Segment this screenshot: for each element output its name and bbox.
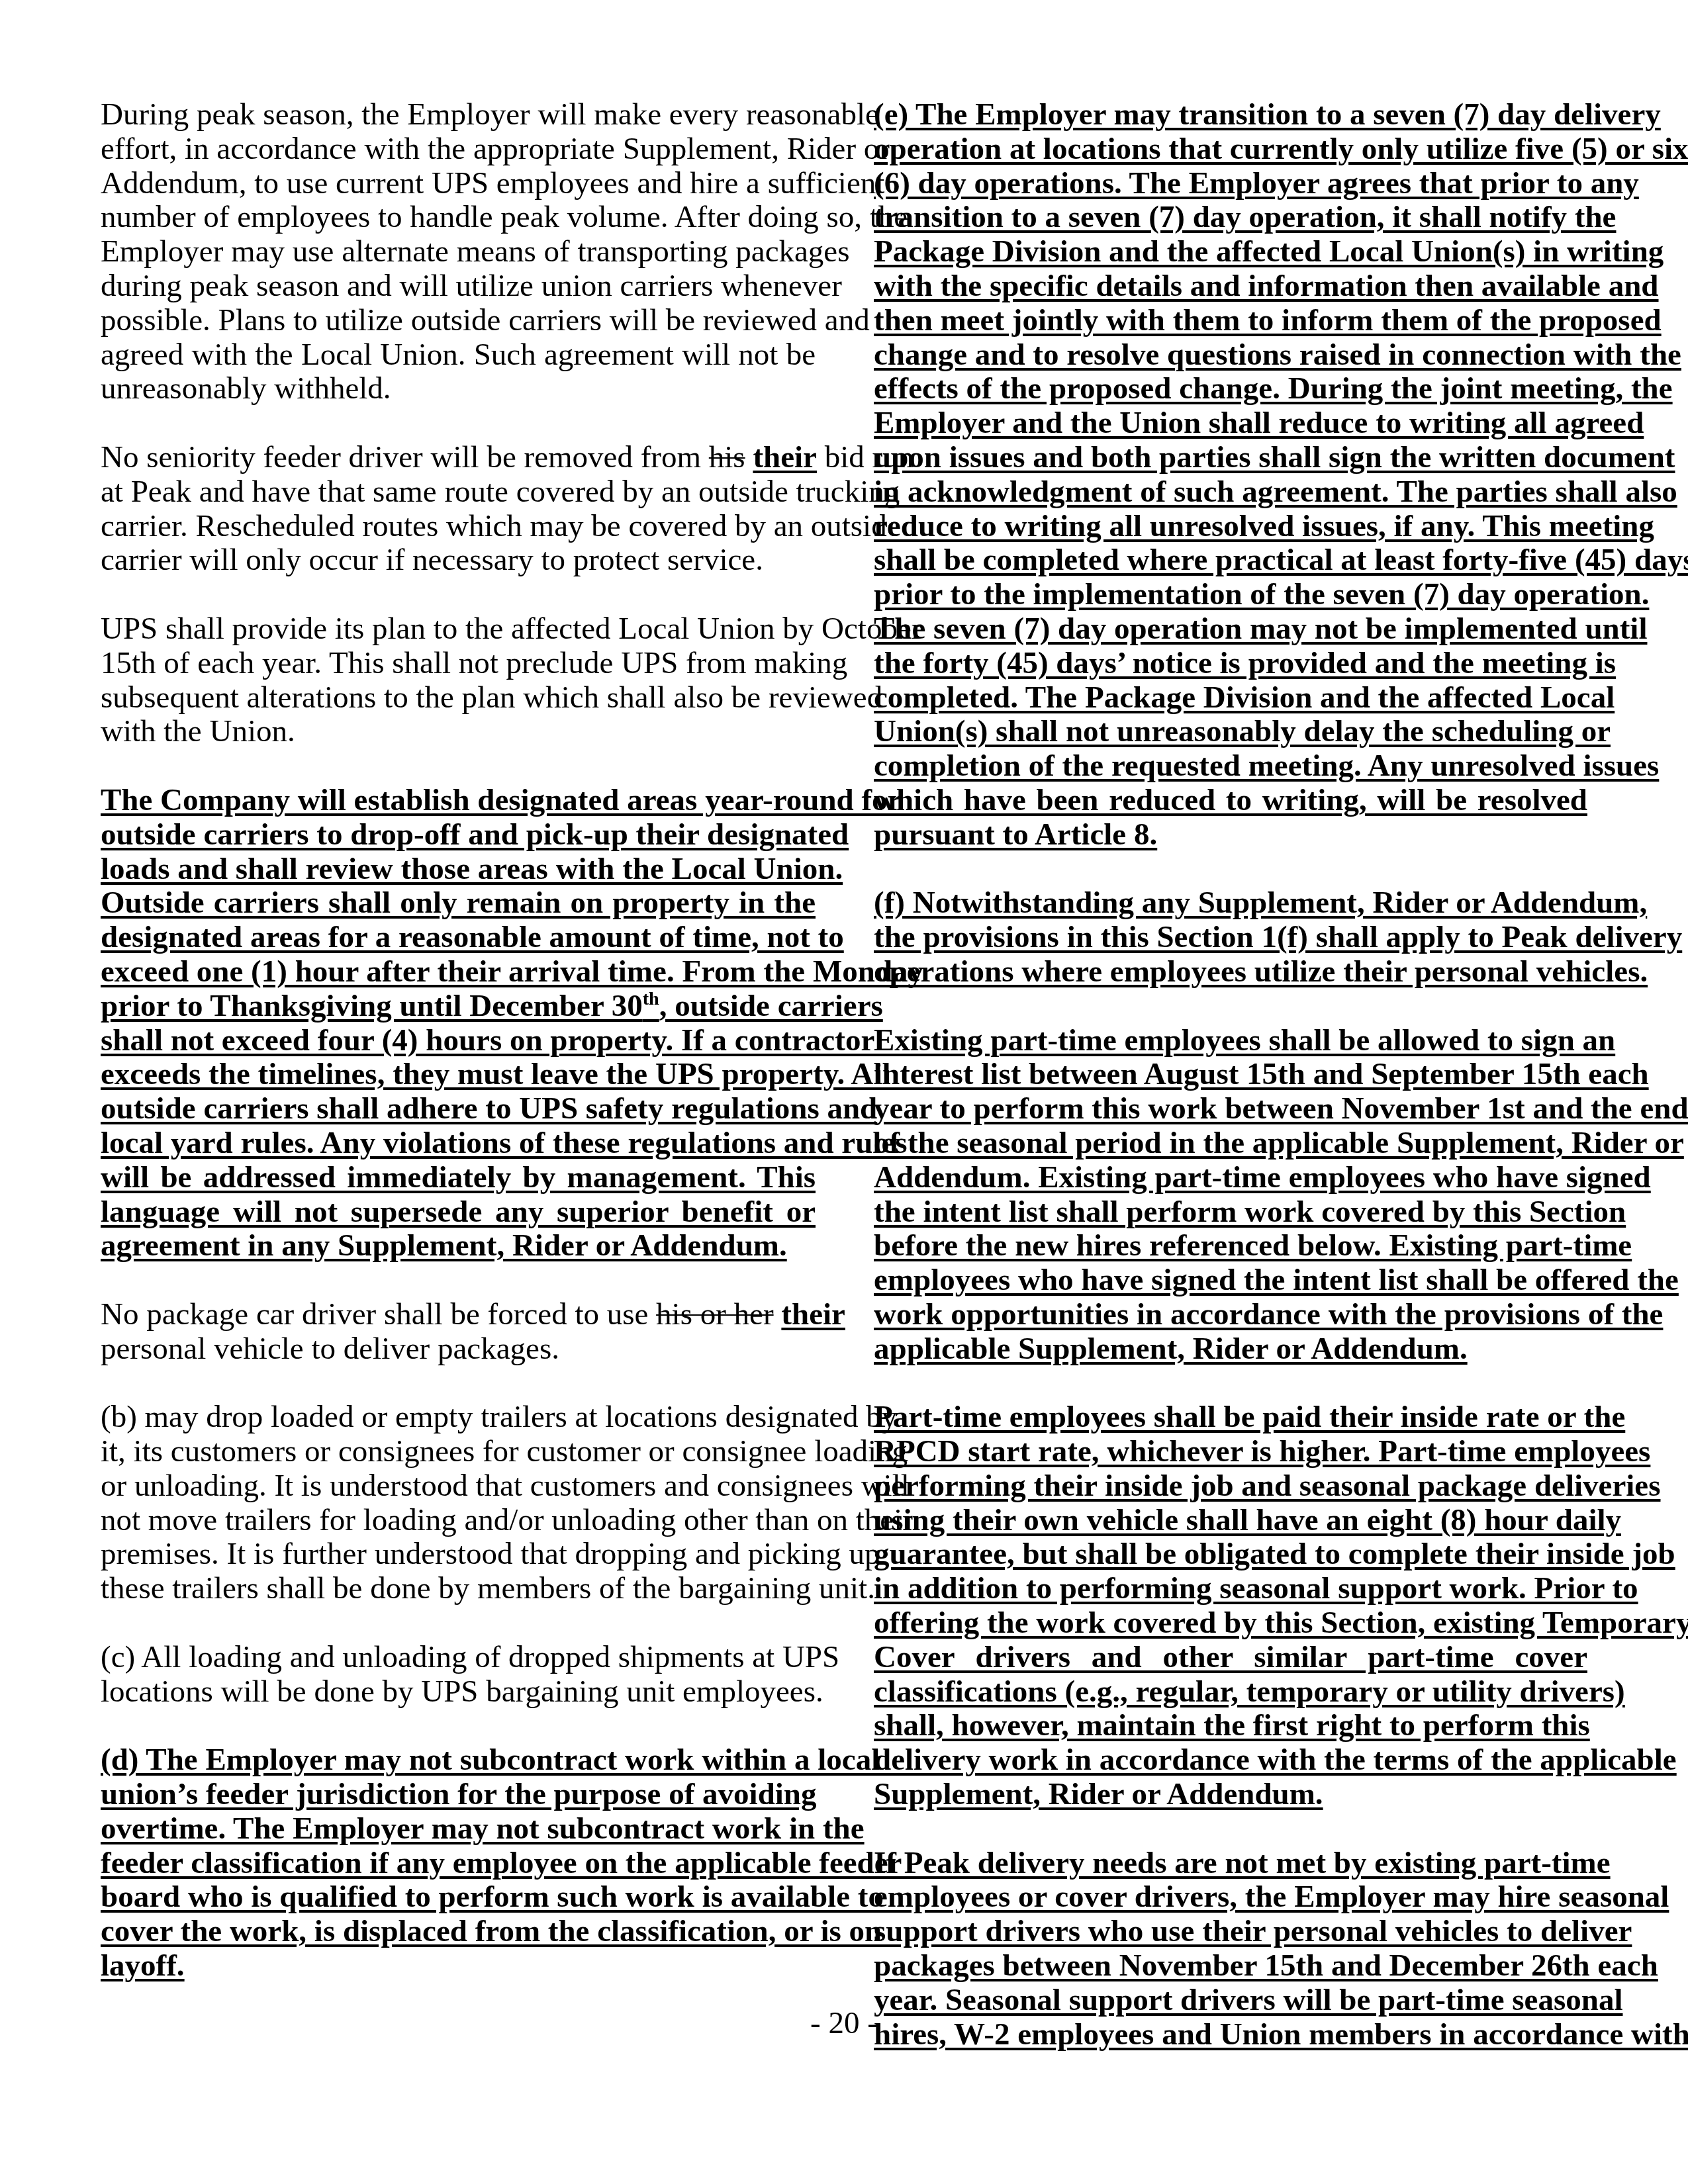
text-line: shall be completed where practical at le…	[874, 543, 1587, 578]
text-run: performing their inside job and seasonal…	[874, 1469, 1661, 1503]
text-line: Existing part-time employees shall be al…	[874, 1024, 1587, 1058]
text-run: No seniority feeder driver will be remov…	[101, 440, 709, 475]
text-line: not move trailers for loading and/or unl…	[101, 1504, 816, 1538]
text-line: shall, however, maintain the first right…	[874, 1709, 1587, 1743]
text-line: change and to resolve questions raised i…	[874, 338, 1587, 373]
text-line: agreement in any Supplement, Rider or Ad…	[101, 1229, 816, 1263]
text-run: Part-time employees shall be paid their …	[874, 1400, 1625, 1434]
text-run: then meet jointly with them to inform th…	[874, 303, 1662, 338]
text-run: not move trailers for loading and/or unl…	[101, 1503, 913, 1537]
text-run: transition to a seven (7) day operation,…	[874, 200, 1616, 234]
section-c-paragraph: (c) All loading and unloading of dropped…	[101, 1641, 816, 1709]
deleted-text: his	[709, 440, 745, 475]
part-time-pay-paragraph: Part-time employees shall be paid their …	[874, 1400, 1587, 1812]
text-line: layoff.	[101, 1949, 816, 1983]
text-line: offering the work covered by this Sectio…	[874, 1606, 1587, 1641]
text-line: using their own vehicle shall have an ei…	[874, 1504, 1587, 1538]
text-line: premises. It is further understood that …	[101, 1537, 816, 1572]
text-run: number of employees to handle peak volum…	[101, 200, 908, 234]
text-run: using their own vehicle shall have an ei…	[874, 1503, 1621, 1537]
text-run: language will not supersede any superior…	[101, 1195, 816, 1229]
text-line: exceeds the timelines, they must leave t…	[101, 1058, 816, 1092]
text-line: during peak season and will utilize unio…	[101, 269, 816, 304]
text-run: agreement in any Supplement, Rider or Ad…	[101, 1228, 787, 1263]
text-run	[774, 1297, 782, 1332]
text-run: Addendum, to use current UPS employees a…	[101, 166, 884, 201]
text-line: pursuant to Article 8.	[874, 818, 1587, 852]
text-run: union’s feeder jurisdiction for the purp…	[101, 1777, 817, 1811]
text-line: carrier will only occur if necessary to …	[101, 543, 816, 578]
section-e-paragraph: (e) The Employer may transition to a sev…	[874, 98, 1587, 852]
text-run: unreasonably withheld.	[101, 371, 391, 406]
text-line: Outside carriers shall only remain on pr…	[101, 886, 816, 921]
text-run: interest list between August 15th and Se…	[874, 1057, 1649, 1091]
text-run: carrier. Rescheduled routes which may be…	[101, 509, 901, 543]
text-line: Union(s) shall not unreasonably delay th…	[874, 715, 1587, 749]
text-run: employees or cover drivers, the Employer…	[874, 1880, 1669, 1914]
text-run: with the specific details and informatio…	[874, 269, 1659, 303]
text-line: feeder classification if any employee on…	[101, 1846, 816, 1881]
text-line: applicable Supplement, Rider or Addendum…	[874, 1332, 1587, 1367]
text-line: employees who have signed the intent lis…	[874, 1263, 1587, 1298]
text-run: carrier will only occur if necessary to …	[101, 543, 763, 577]
text-run: (c) All loading and unloading of dropped…	[101, 1640, 839, 1674]
text-line: the forty (45) days’ notice is provided …	[874, 647, 1587, 681]
text-run: it, its customers or consignees for cust…	[101, 1434, 908, 1469]
text-line: support drivers who use their personal v…	[874, 1915, 1587, 1949]
designated-areas-paragraph: The Company will establish designated ar…	[101, 784, 816, 1263]
deleted-text: his or her	[656, 1297, 774, 1332]
text-run: layoff.	[101, 1948, 185, 1983]
existing-part-time-paragraph: Existing part-time employees shall be al…	[874, 1024, 1587, 1367]
text-run: pursuant to Article 8.	[874, 817, 1157, 852]
text-run: The seven (7) day operation may not be i…	[874, 612, 1647, 646]
text-run: operation at locations that currently on…	[874, 132, 1688, 166]
ups-plan-paragraph: UPS shall provide its plan to the affect…	[101, 612, 816, 749]
text-run: shall, however, maintain the first right…	[874, 1708, 1590, 1743]
text-run: which have been reduced to writing, will…	[874, 783, 1587, 817]
text-run: possible. Plans to utilize outside carri…	[101, 303, 870, 338]
text-run: shall not exceed four (4) hours on prope…	[101, 1023, 874, 1058]
text-run: prior to the implementation of the seven…	[874, 577, 1649, 612]
text-run: effects of the proposed change. During t…	[874, 371, 1673, 406]
text-line: then meet jointly with them to inform th…	[874, 304, 1587, 338]
inserted-text: their	[781, 1297, 845, 1332]
text-run: Existing part-time employees shall be al…	[874, 1023, 1615, 1058]
text-run: guarantee, but shall be obligated to com…	[874, 1537, 1675, 1571]
package-car-driver-paragraph: No package car driver shall be forced to…	[101, 1298, 816, 1367]
text-run: change and to resolve questions raised i…	[874, 338, 1681, 372]
text-run: the provisions in this Section 1(f) shal…	[874, 920, 1682, 954]
text-line: the intent list shall perform work cover…	[874, 1195, 1587, 1230]
text-line: these trailers shall be done by members …	[101, 1572, 816, 1606]
text-run: operations where employees utilize their…	[874, 954, 1648, 989]
text-line: or unloading. It is understood that cust…	[101, 1469, 816, 1504]
text-line: of the seasonal period in the applicable…	[874, 1126, 1587, 1161]
text-run: Employer may use alternate means of tran…	[101, 234, 850, 269]
text-line: completion of the requested meeting. Any…	[874, 749, 1587, 784]
text-line: classifications (e.g., regular, temporar…	[874, 1675, 1587, 1709]
text-run: in addition to performing seasonal suppo…	[874, 1571, 1638, 1606]
text-line: designated areas for a reasonable amount…	[101, 921, 816, 955]
text-run: during peak season and will utilize unio…	[101, 269, 842, 303]
text-line: Employer may use alternate means of tran…	[101, 235, 816, 269]
text-line: with the specific details and informatio…	[874, 269, 1587, 304]
text-run: completed. The Package Division and the …	[874, 680, 1615, 715]
text-run: During peak season, the Employer will ma…	[101, 97, 879, 132]
text-line: (d) The Employer may not subcontract wor…	[101, 1743, 816, 1778]
text-line: (b) may drop loaded or empty trailers at…	[101, 1400, 816, 1435]
text-line: loads and shall review those areas with …	[101, 852, 816, 887]
text-line: overtime. The Employer may not subcontra…	[101, 1812, 816, 1846]
text-run: Cover drivers and other similar part-tim…	[874, 1640, 1587, 1674]
text-line: possible. Plans to utilize outside carri…	[101, 304, 816, 338]
peak-season-paragraph: During peak season, the Employer will ma…	[101, 98, 816, 406]
text-run: exceeds the timelines, they must leave t…	[101, 1057, 891, 1091]
text-run: (d) The Employer may not subcontract wor…	[101, 1743, 880, 1777]
text-run: offering the work covered by this Sectio…	[874, 1606, 1688, 1640]
text-line: reduce to writing all unresolved issues,…	[874, 510, 1587, 544]
text-line: language will not supersede any superior…	[101, 1195, 816, 1230]
seniority-feeder-paragraph: No seniority feeder driver will be remov…	[101, 441, 816, 578]
text-line: in addition to performing seasonal suppo…	[874, 1572, 1587, 1606]
right-column: (e) The Employer may transition to a sev…	[874, 98, 1587, 2086]
text-line: operations where employees utilize their…	[874, 955, 1587, 989]
left-column: During peak season, the Employer will ma…	[101, 98, 816, 2018]
text-line: interest list between August 15th and Se…	[874, 1058, 1587, 1092]
text-run: or unloading. It is understood that cust…	[101, 1469, 910, 1503]
text-line: unreasonably withheld.	[101, 372, 816, 406]
text-line: exceed one (1) hour after their arrival …	[101, 955, 816, 989]
text-run: the forty (45) days’ notice is provided …	[874, 646, 1616, 680]
inserted-text: their	[753, 440, 817, 475]
text-run: Outside carriers shall only remain on pr…	[101, 886, 816, 920]
text-line: outside carriers shall adhere to UPS saf…	[101, 1092, 816, 1126]
text-run: (6) day operations. The Employer agrees …	[874, 166, 1639, 201]
text-run: reduce to writing all unresolved issues,…	[874, 509, 1654, 543]
text-run: exceed one (1) hour after their arrival …	[101, 954, 923, 989]
text-run: RPCD start rate, whichever is higher. Pa…	[874, 1434, 1650, 1469]
text-line: The Company will establish designated ar…	[101, 784, 816, 818]
text-run: Package Division and the affected Local …	[874, 234, 1664, 269]
text-run: with the Union.	[101, 714, 295, 749]
text-line: (c) All loading and unloading of dropped…	[101, 1641, 816, 1675]
text-line: (6) day operations. The Employer agrees …	[874, 167, 1587, 201]
document-page: During peak season, the Employer will ma…	[0, 0, 1688, 2184]
text-line: personal vehicle to deliver packages.	[101, 1332, 816, 1367]
text-run: UPS shall provide its plan to the affect…	[101, 612, 921, 646]
text-line: upon issues and both parties shall sign …	[874, 441, 1587, 475]
text-line: subsequent alterations to the plan which…	[101, 681, 816, 715]
text-line: 15th of each year. This shall not preclu…	[101, 647, 816, 681]
text-run: (e) The Employer may transition to a sev…	[874, 97, 1661, 132]
text-line: Addendum, to use current UPS employees a…	[101, 167, 816, 201]
text-run: these trailers shall be done by members …	[101, 1571, 875, 1606]
superscript: th	[643, 989, 659, 1009]
text-run: delivery work in accordance with the ter…	[874, 1743, 1677, 1777]
text-run: , outside carriers	[659, 989, 883, 1023]
text-run: classifications (e.g., regular, temporar…	[874, 1674, 1625, 1709]
text-line: before the new hires referenced below. E…	[874, 1229, 1587, 1263]
text-run: year to perform this work between Novemb…	[874, 1091, 1688, 1126]
text-line: (f) Notwithstanding any Supplement, Ride…	[874, 886, 1587, 921]
section-d-paragraph: (d) The Employer may not subcontract wor…	[101, 1743, 816, 1983]
text-line: transition to a seven (7) day operation,…	[874, 201, 1587, 235]
text-line: at Peak and have that same route covered…	[101, 475, 816, 510]
section-b-paragraph: (b) may drop loaded or empty trailers at…	[101, 1400, 816, 1606]
text-line: local yard rules. Any violations of thes…	[101, 1126, 816, 1161]
text-line: shall not exceed four (4) hours on prope…	[101, 1024, 816, 1058]
text-run: No package car driver shall be forced to…	[101, 1297, 656, 1332]
text-line: prior to the implementation of the seven…	[874, 578, 1587, 612]
text-run: prior to Thanksgiving until December 30	[101, 989, 643, 1023]
text-line: will be addressed immediately by managem…	[101, 1161, 816, 1195]
text-line: carrier. Rescheduled routes which may be…	[101, 510, 816, 544]
text-line: operation at locations that currently on…	[874, 132, 1587, 167]
text-run: designated areas for a reasonable amount…	[101, 920, 844, 954]
text-run: outside carriers to drop-off and pick-up…	[101, 817, 849, 852]
text-run: the intent list shall perform work cover…	[874, 1195, 1626, 1229]
text-line: locations will be done by UPS bargaining…	[101, 1675, 816, 1709]
text-run: Supplement, Rider or Addendum.	[874, 1777, 1323, 1811]
text-line: which have been reduced to writing, will…	[874, 784, 1587, 818]
text-run: effort, in accordance with the appropria…	[101, 132, 890, 166]
text-run: Union(s) shall not unreasonably delay th…	[874, 714, 1611, 749]
text-line: number of employees to handle peak volum…	[101, 201, 816, 235]
text-line: packages between November 15th and Decem…	[874, 1949, 1587, 1983]
text-run: completion of the requested meeting. Any…	[874, 749, 1659, 783]
text-run: (b) may drop loaded or empty trailers at…	[101, 1400, 897, 1434]
text-run: of the seasonal period in the applicable…	[874, 1126, 1684, 1160]
text-run: (f) Notwithstanding any Supplement, Ride…	[874, 886, 1647, 920]
text-line: (e) The Employer may transition to a sev…	[874, 98, 1587, 132]
text-line: RPCD start rate, whichever is higher. Pa…	[874, 1435, 1587, 1469]
text-line: No package car driver shall be forced to…	[101, 1298, 816, 1332]
text-run: premises. It is further understood that …	[101, 1537, 880, 1571]
text-line: board who is qualified to perform such w…	[101, 1880, 816, 1915]
text-run: applicable Supplement, Rider or Addendum…	[874, 1332, 1468, 1366]
text-run: before the new hires referenced below. E…	[874, 1228, 1632, 1263]
text-line: effort, in accordance with the appropria…	[101, 132, 816, 167]
text-run: cover the work, is displaced from the cl…	[101, 1914, 882, 1948]
text-line: delivery work in accordance with the ter…	[874, 1743, 1587, 1778]
text-run: subsequent alterations to the plan which…	[101, 680, 882, 715]
text-run: 15th of each year. This shall not preclu…	[101, 646, 847, 680]
text-run: packages between November 15th and Decem…	[874, 1948, 1658, 1983]
text-line: Employer and the Union shall reduce to w…	[874, 406, 1587, 441]
text-line: year to perform this work between Novemb…	[874, 1092, 1587, 1126]
section-f-paragraph: (f) Notwithstanding any Supplement, Ride…	[874, 886, 1587, 989]
text-run: upon issues and both parties shall sign …	[874, 440, 1675, 475]
text-line: UPS shall provide its plan to the affect…	[101, 612, 816, 647]
text-run: feeder classification if any employee on…	[101, 1846, 902, 1880]
text-run: agreed with the Local Union. Such agreem…	[101, 338, 816, 372]
text-line: During peak season, the Employer will ma…	[101, 98, 816, 132]
text-line: effects of the proposed change. During t…	[874, 372, 1587, 406]
text-line: guarantee, but shall be obligated to com…	[874, 1537, 1587, 1572]
text-line: it, its customers or consignees for cust…	[101, 1435, 816, 1469]
text-line: Part-time employees shall be paid their …	[874, 1400, 1587, 1435]
text-run: support drivers who use their personal v…	[874, 1914, 1632, 1948]
text-run: Addendum. Existing part-time employees w…	[874, 1160, 1651, 1195]
text-line: Supplement, Rider or Addendum.	[874, 1778, 1587, 1812]
text-line: agreed with the Local Union. Such agreem…	[101, 338, 816, 373]
text-run: shall be completed where practical at le…	[874, 543, 1688, 577]
text-line: Cover drivers and other similar part-tim…	[874, 1641, 1587, 1675]
text-line: performing their inside job and seasonal…	[874, 1469, 1587, 1504]
text-run: outside carriers shall adhere to UPS saf…	[101, 1091, 877, 1126]
text-run: will be addressed immediately by managem…	[101, 1160, 816, 1195]
text-line: No seniority feeder driver will be remov…	[101, 441, 816, 475]
text-run: board who is qualified to perform such w…	[101, 1880, 884, 1914]
text-line: employees or cover drivers, the Employer…	[874, 1880, 1587, 1915]
text-line: prior to Thanksgiving until December 30t…	[101, 989, 816, 1024]
text-run: in acknowledgment of such agreement. The…	[874, 475, 1677, 509]
text-run: personal vehicle to deliver packages.	[101, 1332, 559, 1366]
text-run: loads and shall review those areas with …	[101, 852, 843, 886]
text-line: The seven (7) day operation may not be i…	[874, 612, 1587, 647]
text-run: overtime. The Employer may not subcontra…	[101, 1811, 865, 1846]
text-line: the provisions in this Section 1(f) shal…	[874, 921, 1587, 955]
text-line: Package Division and the affected Local …	[874, 235, 1587, 269]
text-run	[745, 440, 753, 475]
text-line: work opportunities in accordance with th…	[874, 1298, 1587, 1332]
text-run: local yard rules. Any violations of thes…	[101, 1126, 908, 1160]
text-run: employees who have signed the intent lis…	[874, 1263, 1679, 1297]
text-line: union’s feeder jurisdiction for the purp…	[101, 1778, 816, 1812]
text-run: The Company will establish designated ar…	[101, 783, 901, 817]
text-run: at Peak and have that same route covered…	[101, 475, 900, 509]
text-line: Addendum. Existing part-time employees w…	[874, 1161, 1587, 1195]
text-run: If Peak delivery needs are not met by ex…	[874, 1846, 1611, 1880]
text-line: completed. The Package Division and the …	[874, 681, 1587, 715]
text-line: outside carriers to drop-off and pick-up…	[101, 818, 816, 852]
text-line: cover the work, is displaced from the cl…	[101, 1915, 816, 1949]
text-line: with the Union.	[101, 715, 816, 749]
page-number: - 20 -	[0, 2005, 1688, 2041]
text-run: Employer and the Union shall reduce to w…	[874, 406, 1644, 440]
text-line: in acknowledgment of such agreement. The…	[874, 475, 1587, 510]
text-run: work opportunities in accordance with th…	[874, 1297, 1663, 1332]
text-run: locations will be done by UPS bargaining…	[101, 1674, 823, 1709]
text-line: If Peak delivery needs are not met by ex…	[874, 1846, 1587, 1881]
